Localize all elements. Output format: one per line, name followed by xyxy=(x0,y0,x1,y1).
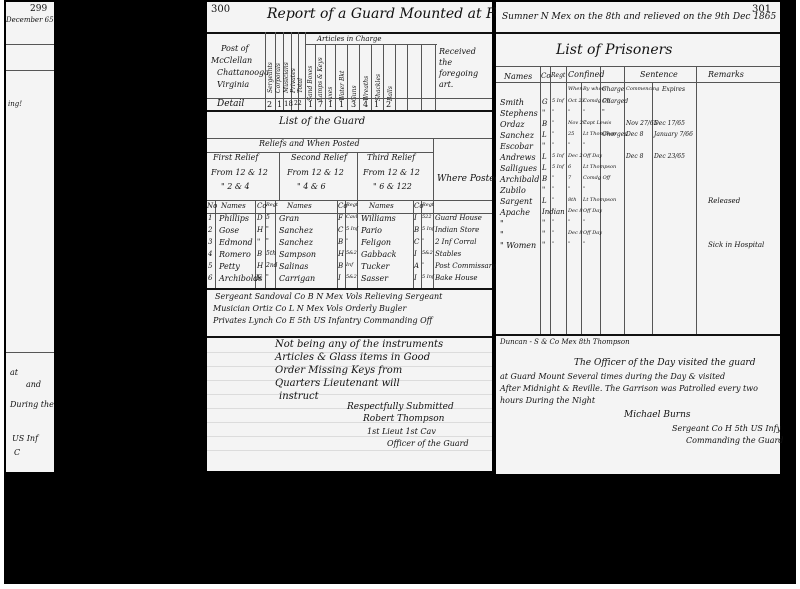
detail-label: Detail xyxy=(217,99,244,109)
prisoner-by: Comdg Off xyxy=(583,175,610,181)
col-header: Water Bkt xyxy=(339,71,346,101)
guard-cell: Petty xyxy=(219,262,240,271)
ledger-page-301: Sumner N Mex on the 8th and relieved on … xyxy=(496,2,780,474)
officer-remarks-line: at Guard Mount Several times during the … xyxy=(500,372,725,381)
guard-cell: Sanchez xyxy=(279,226,313,235)
remarks-line: Articles & Glass items in Good xyxy=(275,352,430,363)
col-line xyxy=(325,44,326,110)
rule xyxy=(207,288,492,290)
divider xyxy=(6,352,54,353)
prisoner-co: " xyxy=(542,219,545,227)
prisoner-co: " xyxy=(542,142,545,150)
guard-cell: Tucker xyxy=(361,262,389,271)
prisoner-by: Off Day xyxy=(583,208,602,214)
prisoner-regt: " xyxy=(552,208,554,214)
col-line xyxy=(383,44,384,110)
detail-value: 3 xyxy=(351,100,356,109)
guard-cell: 522 xyxy=(422,214,432,220)
detail-value: 1 xyxy=(328,100,333,109)
guard-cell: C xyxy=(338,226,343,234)
guard-cell: I xyxy=(338,274,341,282)
header-confined: Confined xyxy=(568,70,604,79)
list-of-guard-title: List of the Guard xyxy=(279,116,365,127)
prisoner-charge: Charges xyxy=(602,131,627,138)
title-continuation: Sumner N Mex on the 8th and relieved on … xyxy=(502,12,776,22)
prisoner-co: B xyxy=(542,175,547,183)
guard-cell: Indian Store xyxy=(435,226,479,234)
guard-cell: Gran xyxy=(279,214,299,223)
guard-cell: Romero xyxy=(219,250,251,259)
guard-cell: Sanchez xyxy=(279,238,313,247)
guard-cell: E xyxy=(257,274,262,282)
prisoner-row: ArchibaldB"7Comdg Off xyxy=(496,175,780,186)
guard-cell: I xyxy=(414,250,417,258)
guard-cell: 2 xyxy=(208,226,212,234)
col-line xyxy=(359,44,360,110)
prisoner-name: Ordaz xyxy=(500,120,525,129)
prisoner-co: L xyxy=(542,197,547,205)
guard-cell: F xyxy=(338,214,343,222)
guard-cell: H xyxy=(338,250,344,258)
prisoner-when: " xyxy=(568,142,570,148)
guard-cell: " xyxy=(346,238,348,244)
prisoner-name: Archibald xyxy=(500,175,539,184)
prisoner-row: " Women""""Sick in Hospital xyxy=(496,241,780,252)
guard-table-row: 6ArchiboldsE"CarriganI5&2SasserI5 InfBak… xyxy=(207,274,492,286)
prisoner-co: L xyxy=(542,164,547,172)
prisoner-row: AndrewsL5 InfDec 2Off DayDec 8Dec 23/65 xyxy=(496,153,780,164)
guard-table-row: 3Edmond""SanchezB"FeligonC"2 Inf Corral xyxy=(207,238,492,250)
second-relief-time: " 4 & 6 xyxy=(297,182,326,191)
prisoner-co: " xyxy=(542,230,545,238)
prisoner-by: " xyxy=(583,186,585,192)
prisoner-row: """"" xyxy=(496,219,780,230)
articles-in-charge-header: Articles in Charge xyxy=(317,35,382,43)
col-line xyxy=(315,44,316,110)
prisoner-row: SargentL"8thLt ThompsonReleased xyxy=(496,197,780,208)
detail-value: 4 xyxy=(363,100,368,109)
prisoner-co: L xyxy=(542,153,547,161)
prisoner-when: " xyxy=(568,186,570,192)
guard-cell: Bake House xyxy=(435,274,478,282)
col-line xyxy=(395,44,396,110)
remarks-line: instruct xyxy=(279,391,319,402)
prisoner-by: Capt Lewis xyxy=(583,120,611,126)
officer-remarks-line: hours During the Night xyxy=(500,396,595,405)
first-relief-label: First Relief xyxy=(213,153,258,162)
prisoner-regt: " xyxy=(552,142,554,148)
guard-cell: 2nd xyxy=(266,262,278,269)
guard-cell: Edmond xyxy=(219,238,253,247)
post-state: Virginia xyxy=(217,80,249,89)
post-city: Chattanooga xyxy=(217,68,269,77)
prisoner-name: Escobar xyxy=(500,142,533,151)
prisoner-when: 7 xyxy=(568,175,571,181)
commander-role: Commanding the Guard xyxy=(686,436,783,445)
guard-cell: Feligon xyxy=(361,238,391,247)
rule xyxy=(207,200,492,201)
prisoner-row: Escobar"""" xyxy=(496,142,780,153)
prisoner-name: " Women xyxy=(500,241,536,250)
prisoner-co: " xyxy=(542,109,545,117)
prisoner-name: Zubilo xyxy=(500,186,526,195)
col-header: Musicians xyxy=(283,62,290,93)
officer-remarks-line: The Officer of the Day visited the guard xyxy=(574,358,756,368)
detail-value: 2 xyxy=(386,100,391,109)
guard-cell: 4 xyxy=(208,250,212,258)
col-header: Sand Boxes xyxy=(307,66,314,101)
where-posted-label: Where Posted xyxy=(437,174,500,184)
prisoner-row: """Dec 8Off Day xyxy=(496,230,780,241)
prisoner-regt: " xyxy=(552,131,554,137)
prisoner-by: Off Day xyxy=(583,230,602,236)
page-number-301: 301 xyxy=(752,4,771,15)
ledger-page-300: 300 Report of a Guard Mounted at Fort Po… xyxy=(207,2,492,471)
col-line xyxy=(433,138,434,200)
guard-cell: Sasser xyxy=(361,274,388,283)
guard-cell: Salinas xyxy=(279,262,308,271)
signature-name: Robert Thompson xyxy=(363,414,444,424)
prisoner-charge: " xyxy=(602,109,605,116)
guard-cell: 5 xyxy=(266,214,270,221)
col-line xyxy=(371,44,372,110)
third-relief-time: From 12 & 12 xyxy=(363,168,420,177)
fragment-text: and xyxy=(26,380,41,389)
guard-cell: I xyxy=(414,274,417,282)
first-relief-time: " 2 & 4 xyxy=(221,182,250,191)
guard-cell: 5 Inf xyxy=(346,226,358,232)
col-line xyxy=(407,44,408,110)
guard-header-regt: Regt xyxy=(346,202,358,208)
guard-table-row: 4RomeroB5thSampsonH5&2GabbackI5&2Stables xyxy=(207,250,492,262)
col-line xyxy=(421,44,422,110)
remarks-line: Not being any of the instruments xyxy=(275,339,443,350)
prisoner-row: Stephens""""" xyxy=(496,109,780,120)
prisoner-row: SalliguesL5 Inf6Lt Thompson xyxy=(496,164,780,175)
staff-line: Musician Ortiz Co L N Mex Vols Orderly B… xyxy=(213,304,406,313)
detail-value: 18 xyxy=(284,100,293,108)
rule xyxy=(496,66,780,67)
guard-cell: Guard House xyxy=(435,214,482,222)
guard-header-regt: Regt xyxy=(422,202,434,208)
guard-cell: Inf xyxy=(346,262,353,268)
guard-header-regt: Regt xyxy=(266,202,278,208)
detail-value: 1 xyxy=(374,100,379,109)
prisoner-by: " xyxy=(583,109,585,115)
col-header: Shackles xyxy=(375,74,382,101)
header-sentence: Sentence xyxy=(640,70,678,79)
title-rule xyxy=(207,32,492,34)
prisoner-co: " xyxy=(542,186,545,194)
guard-cell: B xyxy=(257,250,262,258)
prisoner-when: 6 xyxy=(568,164,571,170)
guard-cell: 5&2 xyxy=(422,250,433,256)
detail-value: 1 xyxy=(339,100,344,109)
col-header: Corporals xyxy=(275,63,282,93)
prisoner-by: " xyxy=(583,219,585,225)
header-regt: Regt xyxy=(551,72,565,79)
prisoner-by: " xyxy=(583,241,585,247)
prisoner-remarks: Sick in Hospital xyxy=(708,241,764,249)
guard-cell: 1 xyxy=(208,214,212,222)
prisoner-expires: Dec 17/65 xyxy=(654,120,685,127)
col-header: Lamps & Keys xyxy=(317,57,324,101)
guard-cell: " xyxy=(422,262,424,268)
guard-cell: Pario xyxy=(361,226,382,235)
guard-cell: 5&2 xyxy=(346,250,357,256)
guard-cell: H xyxy=(257,262,263,270)
col-line xyxy=(357,152,358,200)
guard-table-row: 2GoseH"SanchezC5 InfParioB5 InfIndian St… xyxy=(207,226,492,238)
prisoner-row: Zubilo"""" xyxy=(496,186,780,197)
prisoner-when: Dec 8 xyxy=(568,208,583,214)
prisoner-name: " xyxy=(500,219,504,228)
first-relief-time: From 12 & 12 xyxy=(211,168,268,177)
guard-cell: B xyxy=(338,262,343,270)
prisoner-name: " xyxy=(500,230,504,239)
post-line: Post of xyxy=(221,44,249,53)
col-line xyxy=(347,44,348,110)
guard-cell: A xyxy=(414,262,419,270)
fragment-text: During the xyxy=(10,400,54,409)
prisoner-by: " xyxy=(583,142,585,148)
divider xyxy=(6,44,54,45)
fragment-text: C xyxy=(14,448,20,457)
prisoner-name: Stephens xyxy=(500,109,538,118)
prisoner-when: Dec 2 xyxy=(568,153,583,159)
guard-cell: 2 Inf Corral xyxy=(435,238,476,246)
guard-header-no: No xyxy=(207,202,217,210)
prisoner-row: SmithG5 InfOct 23Comdg OffCharged xyxy=(496,98,780,109)
col-header: Sergeants xyxy=(267,62,274,93)
header-remarks: Remarks xyxy=(708,70,744,79)
left-page-fragment: 299 December 65 ing! at and During the U… xyxy=(6,2,54,472)
prisoner-co: B xyxy=(542,120,547,128)
guard-cell: C xyxy=(414,238,419,246)
prisoner-co: G xyxy=(542,98,548,106)
guard-cell: D xyxy=(257,214,263,222)
signature-role: Officer of the Guard xyxy=(387,439,469,448)
prisoner-when: " xyxy=(568,241,570,247)
prisoner-name: Smith xyxy=(500,98,524,107)
fragment-text: US Inf xyxy=(12,434,38,443)
prisoner-regt: " xyxy=(552,109,554,115)
guard-cell: " xyxy=(266,226,269,233)
prisoner-by: Lt Thompson xyxy=(583,164,616,170)
prisoner-name: Sanchez xyxy=(500,131,534,140)
officer-remarks-line: After Midnight & Reville. The Garrison w… xyxy=(500,384,758,393)
guard-cell: Archibolds xyxy=(219,274,263,283)
guard-cell: H xyxy=(257,226,263,234)
header-expires: Expires xyxy=(662,86,685,93)
prisoner-regt: 5 Inf xyxy=(552,164,564,170)
guard-header-names: Names xyxy=(221,202,246,210)
prisoner-regt: " xyxy=(552,175,554,181)
detail-bottom-rule xyxy=(207,110,492,112)
guard-cell: Sampson xyxy=(279,250,316,259)
fragment-text: at xyxy=(10,368,18,377)
prisoner-expires: Dec 23/65 xyxy=(654,153,685,160)
rule xyxy=(496,334,780,336)
prisoner-expires: January 7/66 xyxy=(654,131,693,138)
guard-cell: 5 xyxy=(208,262,212,270)
guard-cell: I xyxy=(414,214,417,222)
commander-rank: Sergeant Co H 5th US Infy xyxy=(672,424,781,433)
detail-value: 1 xyxy=(277,100,282,109)
prisoner-commence: Nov 27/65 xyxy=(626,120,657,127)
col-header: Total xyxy=(297,78,304,93)
header-co: Co xyxy=(541,72,551,80)
guard-cell: 5&2 xyxy=(346,274,357,280)
prisoner-regt: " xyxy=(552,120,554,126)
guard-cell: Post Commissary xyxy=(435,262,496,270)
prisoner-commence: Dec 8 xyxy=(626,131,643,138)
reliefs-header: Reliefs and When Posted xyxy=(259,139,360,148)
prisoner-name: Salligues xyxy=(500,164,537,173)
fragment-header: December 65 xyxy=(6,16,54,24)
guard-cell: 3 xyxy=(208,238,212,246)
guard-cell: " xyxy=(422,238,424,244)
signature-line: Respectfully Submitted xyxy=(347,402,454,412)
guard-table-row: 5PettyH2ndSalinasBInfTuckerA"Post Commis… xyxy=(207,262,492,274)
page-number-299: 299 xyxy=(30,4,47,14)
report-title: Report of a Guard Mounted at Fort xyxy=(267,6,516,22)
remarks-line: Order Missing Keys from xyxy=(275,365,402,376)
prisoner-when: " xyxy=(568,109,570,115)
guard-cell: Cavl xyxy=(346,214,357,220)
header-names: Names xyxy=(504,72,532,81)
guard-cell: " xyxy=(257,238,260,246)
col-line xyxy=(335,44,336,110)
prisoner-when: Dec 8 xyxy=(568,230,583,236)
prisoner-regt: " xyxy=(552,230,554,236)
guard-cell: B xyxy=(338,238,343,246)
prisoner-when: 25 xyxy=(568,131,574,137)
prisoner-row: OrdazB"Nov 27Capt LewisNov 27/65Dec 17/6… xyxy=(496,120,780,131)
guard-cell: Gabback xyxy=(361,250,397,259)
divider xyxy=(6,70,54,71)
staff-line: Privates Lynch Co E 5th US Infantry Comm… xyxy=(213,316,432,325)
commander-name: Michael Burns xyxy=(624,410,691,420)
prisoner-row: SanchezL"25Lt ThompsonChargesDec 8Januar… xyxy=(496,131,780,142)
post-name: McClellan xyxy=(211,56,252,65)
fragment-text: ing! xyxy=(8,100,22,108)
prisoner-by: Lt Thompson xyxy=(583,197,616,203)
prisoner-when: " xyxy=(568,219,570,225)
prisoner-name: Sargent xyxy=(500,197,532,206)
guard-cell: " xyxy=(266,274,269,281)
guard-cell: 5 Inf xyxy=(422,274,434,280)
received-label: Received the foregoing art. xyxy=(439,46,491,90)
prisoner-regt: " xyxy=(552,241,554,247)
header-commencing: Commencing xyxy=(626,86,659,92)
prisoner-footer-line: Duncan - S & Co Mex 8th Thompson xyxy=(500,338,630,346)
header-confined-when: When xyxy=(568,86,583,92)
guard-cell: 5 Inf xyxy=(422,226,434,232)
guard-header-names: Names xyxy=(287,202,312,210)
header-charge: Charge xyxy=(602,86,624,93)
guard-cell: 6 xyxy=(208,274,212,282)
page-number-300: 300 xyxy=(211,4,230,15)
prisoner-regt: 5 Inf xyxy=(552,153,564,159)
detail-value: 7 xyxy=(318,100,323,109)
prisoner-co: L xyxy=(542,131,547,139)
detail-top-rule xyxy=(207,98,492,99)
prisoner-commence: Dec 8 xyxy=(626,153,643,160)
prisoner-when: 8th xyxy=(568,197,576,203)
second-relief-time: From 12 & 12 xyxy=(287,168,344,177)
articles-rule xyxy=(305,44,437,45)
remarks-line: Quarters Lieutenant will xyxy=(275,378,400,389)
guard-cell: B xyxy=(414,226,419,234)
col-line xyxy=(279,152,280,200)
prisoners-title: List of Prisoners xyxy=(556,42,672,58)
detail-value: 1 xyxy=(308,100,313,109)
guard-cell: Carrigan xyxy=(279,274,315,283)
prisoner-co: " xyxy=(542,241,545,249)
prisoner-regt: 5 Inf xyxy=(552,98,564,104)
prisoner-row: ApacheIndian"Dec 8Off Day xyxy=(496,208,780,219)
prisoner-remarks: Released xyxy=(708,197,740,205)
prisoner-name: Andrews xyxy=(500,153,536,162)
guard-cell: " xyxy=(266,238,269,245)
prisoner-regt: " xyxy=(552,186,554,192)
rule xyxy=(207,336,492,338)
prisoner-by: Off Day xyxy=(583,153,602,159)
guard-cell: Phillips xyxy=(219,214,249,223)
prisoner-charge: Charged xyxy=(602,98,628,105)
guard-cell: Gose xyxy=(219,226,239,235)
rule xyxy=(496,82,780,83)
guard-cell: Williams xyxy=(361,214,396,223)
second-relief-label: Second Relief xyxy=(291,153,347,162)
col-header: Privates xyxy=(290,68,297,93)
prisoner-name: Apache xyxy=(500,208,530,217)
guard-header-names: Names xyxy=(369,202,394,210)
col-line xyxy=(435,44,436,110)
guard-table-row: 1PhillipsD5GranFCavlWilliamsI522Guard Ho… xyxy=(207,214,492,226)
prisoner-regt: " xyxy=(552,219,554,225)
third-relief-label: Third Relief xyxy=(367,153,415,162)
detail-value: 2 xyxy=(267,100,272,109)
staff-line: Sergeant Sandoval Co B N Mex Vols Reliev… xyxy=(215,292,442,301)
title-rule xyxy=(496,32,780,34)
prisoner-regt: " xyxy=(552,197,554,203)
signature-rank: 1st Lieut 1st Cav xyxy=(367,427,436,436)
third-relief-time: " 6 & 122 xyxy=(373,182,412,191)
detail-value: 22 xyxy=(294,100,302,107)
guard-cell: Stables xyxy=(435,250,461,258)
guard-cell: 5th xyxy=(266,250,276,257)
